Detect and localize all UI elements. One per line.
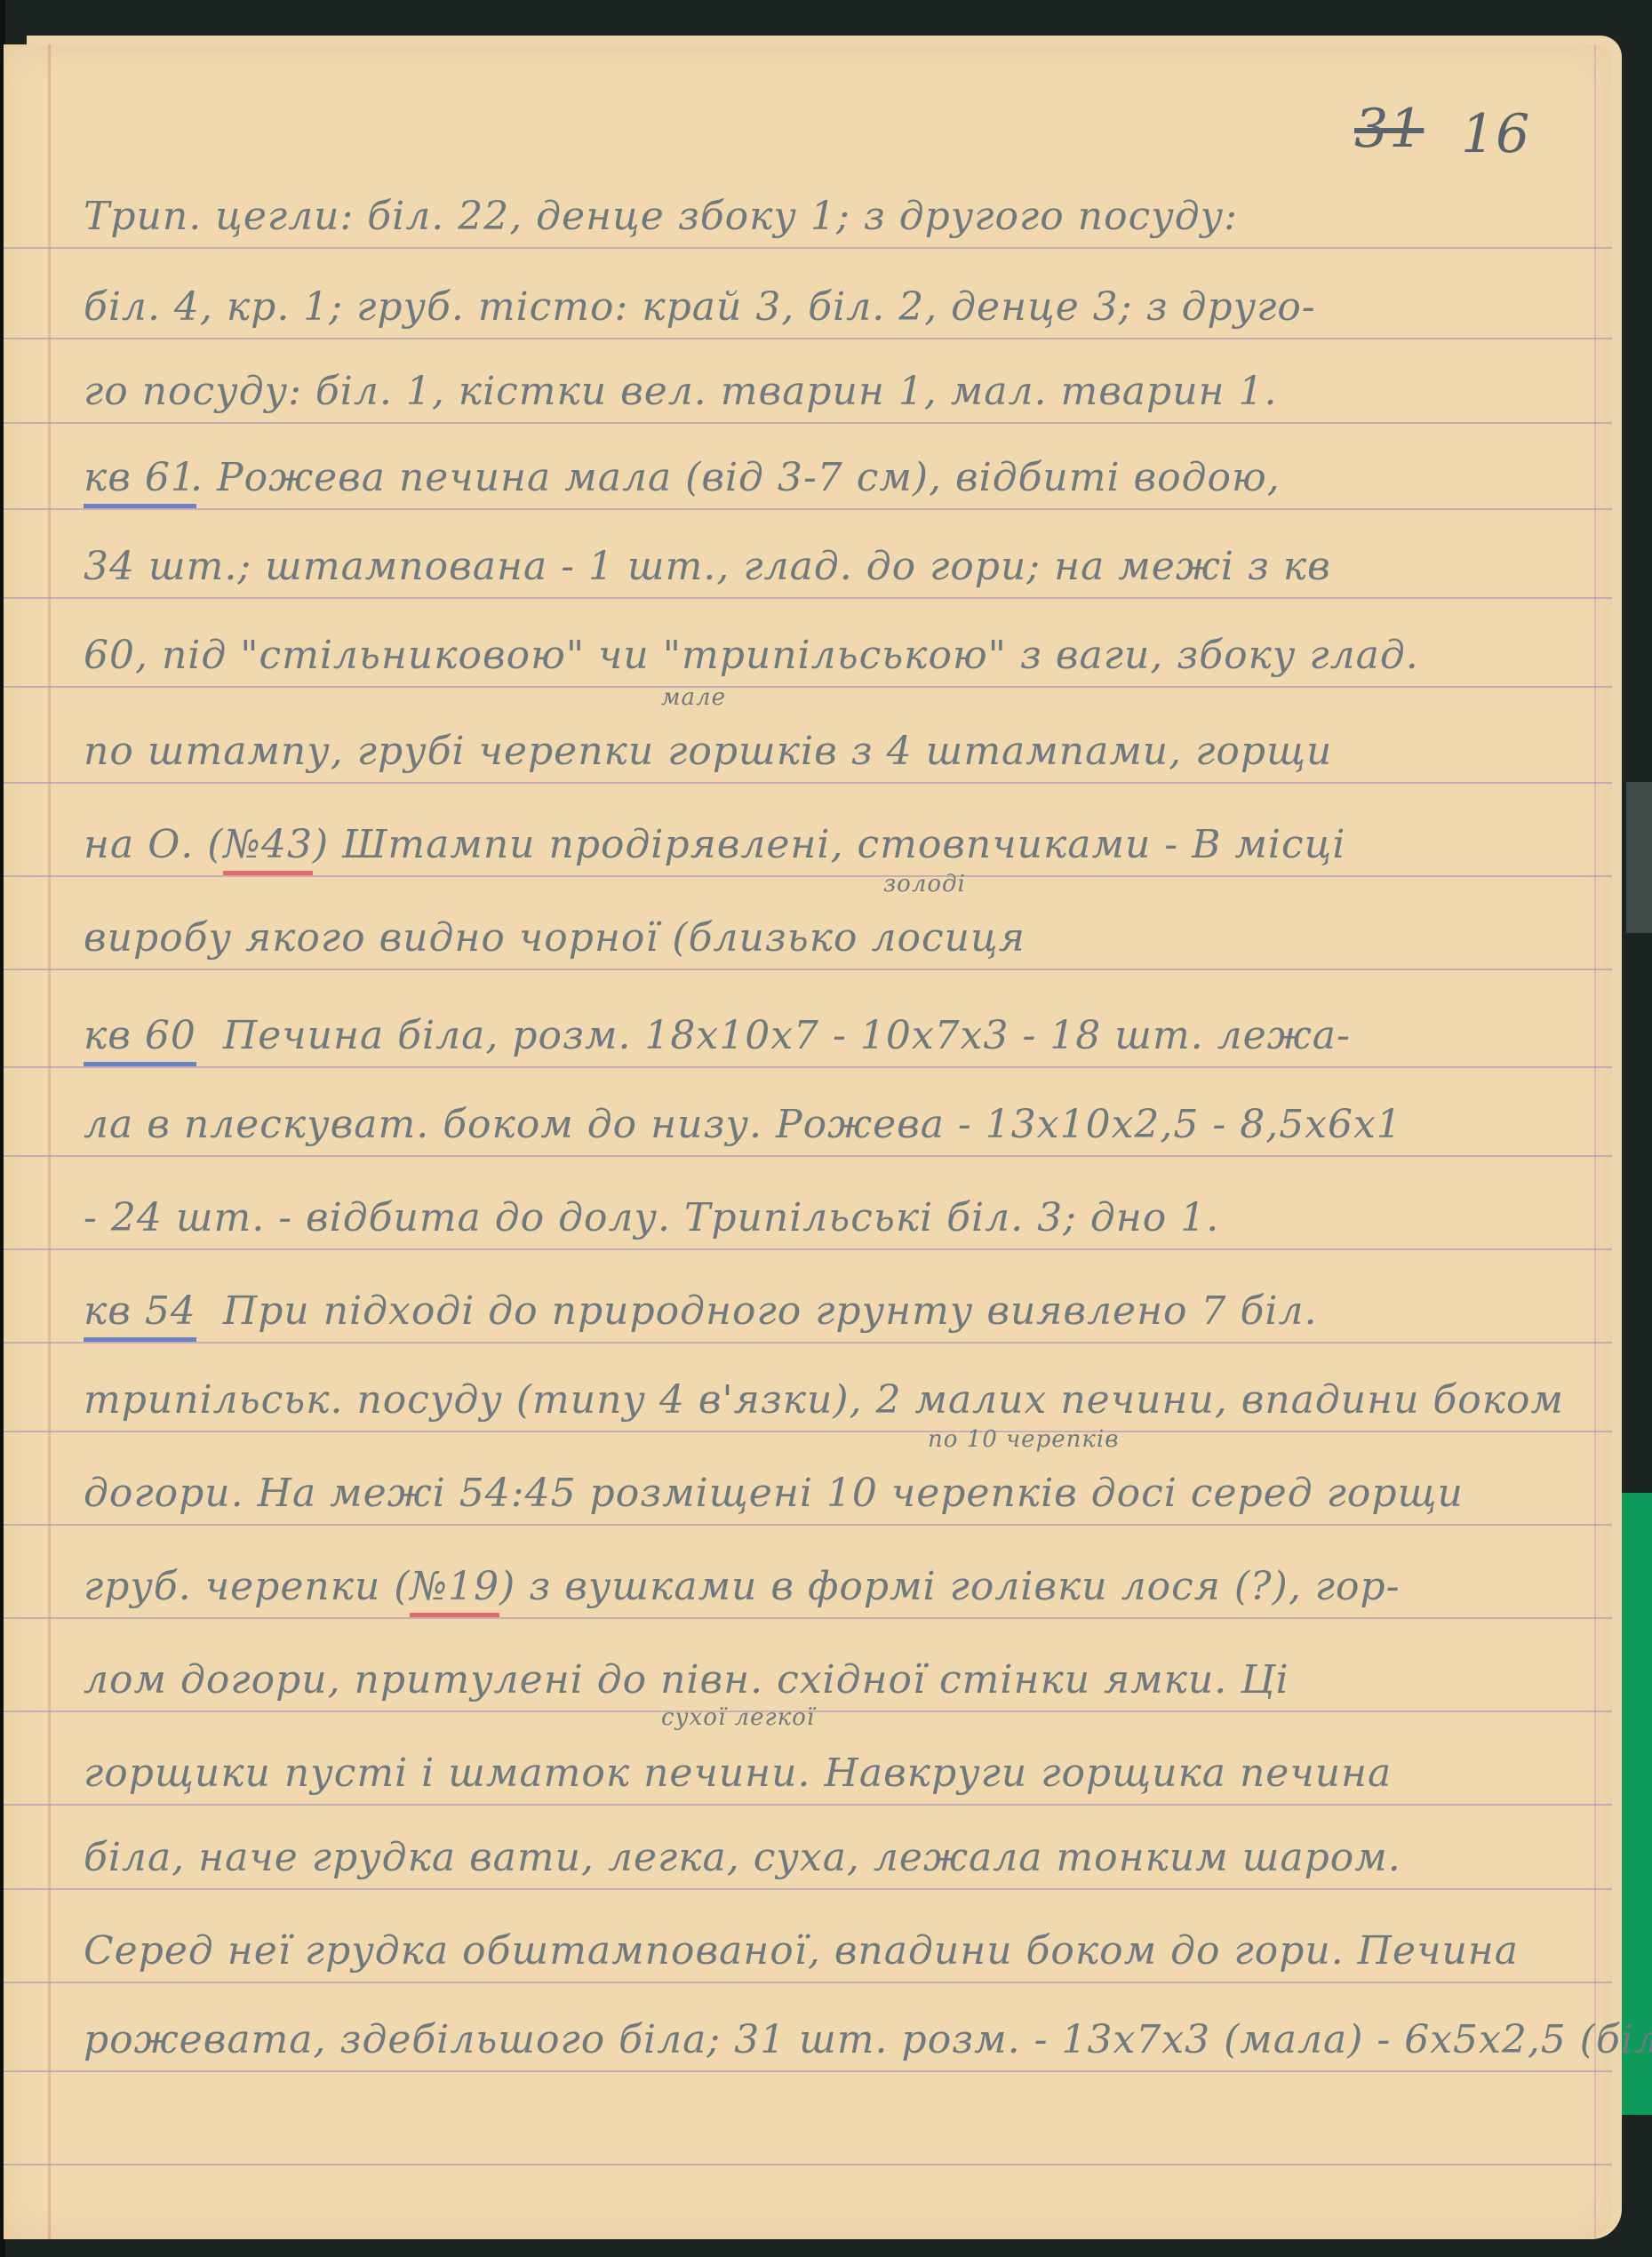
ruled-line [4,1888,1612,1890]
line-10-rest: Печина біла, розм. 18x10x7 - 10x7x3 - 18… [210,1013,1351,1058]
square-label-60: кв 60 [84,1013,196,1066]
ruled-line [4,1982,1612,1983]
ruled-line [4,2164,1612,2165]
right-margin-line [1594,44,1596,2239]
handwritten-line-21: рожевата, здебільшого біла; 31 шт. розм.… [84,2017,1652,2062]
ruled-line [4,1155,1612,1157]
ruled-line [4,782,1612,784]
handwritten-line-7: по штампу, грубі черепки горшків з 4 шта… [84,729,1332,774]
handwritten-line-17: лом догори, притулені до півн. східної с… [84,1657,1289,1703]
ruled-line [4,1524,1612,1526]
ruled-line [4,1617,1612,1619]
ruled-line [4,247,1612,249]
handwritten-line-13: кв 54 При підході до природного грунту в… [84,1288,1317,1334]
find-number-43: №43 [223,822,313,875]
ruled-line [4,686,1612,688]
line-8-rest: ) Штампи продірявлені, стовпчиками - В м… [313,822,1345,867]
scanned-notebook-page: 31 16 Трип. цегли: біл. 22, денце збоку … [0,0,1652,2257]
ruled-line [4,1431,1612,1432]
handwritten-line-3: го посуду: біл. 1, кістки вел. тварин 1,… [84,369,1277,414]
line-13-rest: При підході до природного грунту виявлен… [210,1288,1318,1334]
handwritten-line-18: горщики пусті і шматок печини. Навкруги … [84,1751,1392,1796]
ruled-line [4,875,1612,877]
insertion-above-line-7: мале [661,684,726,711]
handwritten-line-14: трипільськ. посуду (типу 4 в'язки), 2 ма… [84,1377,1564,1423]
ruled-line [4,508,1612,510]
handwritten-line-8: на О. (№43) Штампи продірявлені, стовпчи… [84,822,1345,867]
handwritten-line-20: Серед неї грудка обштампованої, впадини … [84,1928,1519,1974]
ruled-line [4,969,1612,970]
handwritten-line-4-text: . Рожева печина мала (від 3-7 см), відби… [190,455,1281,500]
handwritten-line-19: біла, наче грудка вати, легка, суха, леж… [84,1835,1401,1880]
insertion-above-line-15: по 10 черепків [928,1426,1119,1453]
handwritten-line-2: біл. 4, кр. 1; груб. тісто: край 3, біл.… [84,284,1316,330]
ruled-line [4,597,1612,599]
ruled-line [4,2070,1612,2072]
handwritten-line-15: догори. На межі 54:45 розміщені 10 череп… [84,1471,1464,1516]
line-8-prefix: на О. ( [84,822,223,867]
notebook-page: 31 16 Трип. цегли: біл. 22, денце збоку … [4,44,1612,2239]
insertion-above-line-18: сухої легкої [661,1704,815,1731]
line-16-rest: ) з вушками в формі голівки лося (?), го… [499,1564,1400,1609]
handwritten-line-11: ла в плескуват. боком до низу. Рожева - … [84,1102,1402,1147]
line-16-prefix: груб. черепки ( [84,1564,410,1609]
ruled-line [4,422,1612,424]
handwritten-line-6: 60, під "стільниковою" чи "трипільською"… [84,633,1419,678]
insertion-above-line-9: золоді [883,871,966,897]
ruled-line [4,1066,1612,1068]
handwritten-line-1: Трип. цегли: біл. 22, денце збоку 1; з д… [84,194,1238,239]
find-number-19: №19 [410,1564,499,1617]
ruled-line [4,1342,1612,1344]
handwritten-line-16: груб. черепки (№19) з вушками в формі го… [84,1564,1401,1609]
handwritten-line-12: - 24 шт. - відбита до долу. Трипільські … [84,1195,1219,1240]
background-object [1626,782,1652,933]
handwritten-line-10: кв 60 Печина біла, розм. 18x10x7 - 10x7x… [84,1013,1351,1058]
ruled-line [4,1248,1612,1250]
page-number-crossed: 31 [1354,98,1424,160]
page-number: 16 [1461,103,1530,165]
ruled-line [4,1804,1612,1806]
page-fold-line [48,44,51,2239]
handwritten-line-9: виробу якого видно чорної (близько лосиц… [84,915,1026,961]
ruled-line [4,338,1612,339]
square-label-54: кв 54 [84,1288,196,1342]
handwritten-line-5: 34 шт.; штампована - 1 шт., глад. до гор… [84,544,1331,589]
